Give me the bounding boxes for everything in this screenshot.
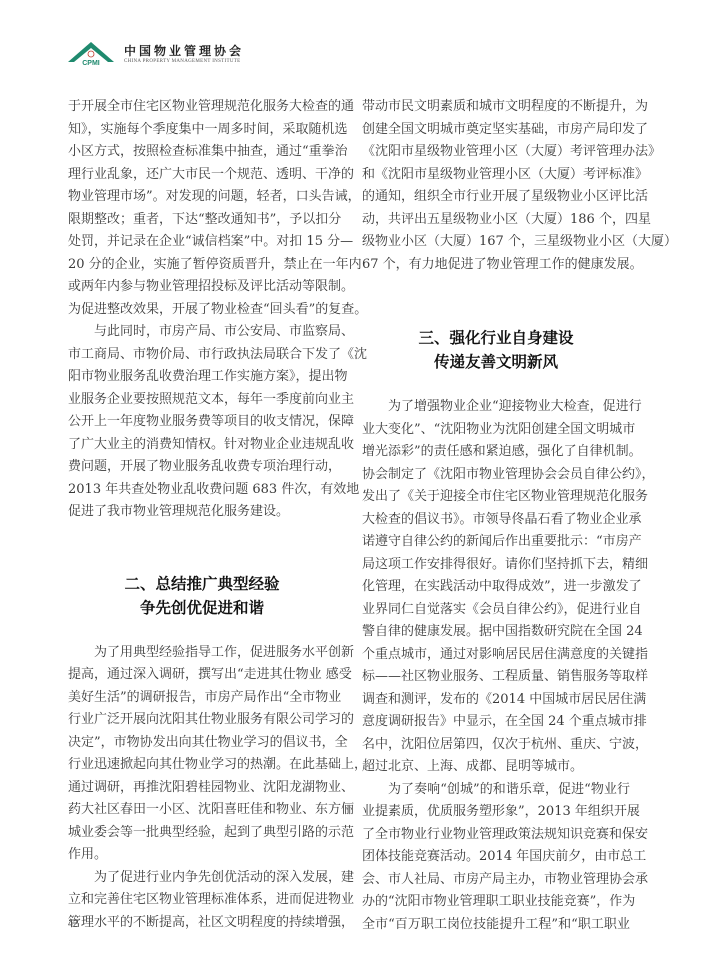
text-line: 带动市民文明素质和城市文明程度的不断提升，为 — [362, 96, 630, 119]
text-line: 的通知，组织全市行业开展了星级物业小区评比活 — [362, 186, 630, 209]
text-line: 决定”，市物协发出向其仕物业学习的倡议书，全 — [68, 732, 336, 755]
text-line: 为了增强物业企业“迎接物业大检查，促进行 — [362, 396, 630, 419]
text-line: 化管理，在实践活动中取得成效”，进一步激发了 — [362, 576, 630, 599]
text-line: 意度调研报告》中显示，在全国 24 个重点城市排 — [362, 711, 630, 734]
text-line: 了广大业主的消费知情权。针对物业企业违规乱收 — [68, 434, 336, 457]
text-line: 超过北京、上海、成都、昆明等城市。 — [362, 756, 630, 779]
svg-text:CPMI: CPMI — [82, 60, 100, 66]
text-line: 或两年内参与物业管理招投标及评比活动等限制。 — [68, 276, 336, 299]
heading-line: 争先创优促进和谐 — [68, 596, 336, 620]
text-line: 公开上一年度物业服务费等项目的收支情况，保障 — [68, 411, 336, 434]
text-line: 促进了我市物业管理规范化服务建设。 — [68, 501, 336, 524]
text-line: 与此同时，市房产局、市公安局、市监察局、 — [68, 321, 336, 344]
paragraph-inspection: 于开展全市住宅区物业管理规范化服务大检查的通 知》，实施每个季度集中一周多时间，… — [68, 96, 336, 321]
text-line: 全市“百万职工岗位技能提升工程”和“职工职业 — [362, 914, 630, 937]
text-line: 物业管理市场”。对发现的问题，轻者，口头告诫， — [68, 186, 336, 209]
text-line: 会、市人社局、市房产局主办，市物业管理协会承 — [362, 869, 630, 892]
left-column: 于开展全市住宅区物业管理规范化服务大检查的通 知》，实施每个季度集中一周多时间，… — [68, 96, 336, 934]
text-line: 为了促进行业内争先创优活动的深入发展，建 — [68, 867, 336, 890]
page-number: 42 — [68, 918, 78, 930]
text-line: 作用。 — [68, 844, 336, 867]
text-line: 药大社区春田一小区、沈阳喜旺佳和物业、东方俪 — [68, 799, 336, 822]
text-line: 知》，实施每个季度集中一周多时间，采取随机选 — [68, 119, 336, 142]
text-line: 立和完善住宅区物业管理标准体系，进而促进物业 — [68, 889, 336, 912]
right-column: 带动市民文明素质和城市文明程度的不断提升，为 创建全国文明城市奠定坚实基础，市房… — [362, 96, 630, 936]
text-line: 团体技能竞赛活动。2014 年国庆前夕，由市总工 — [362, 846, 630, 869]
text-line: 协会制定了《沈阳市物业管理协会会员自律公约》， — [362, 464, 630, 487]
text-line: 提高，通过深入调研，撰写出“走进其仕物业 感受 — [68, 664, 336, 687]
text-line: 限期整改；重者，下达“整改通知书”，予以扣分 — [68, 209, 336, 232]
heading-line: 二、总结推广典型经验 — [68, 572, 336, 596]
paragraph-fee-governance: 与此同时，市房产局、市公安局、市监察局、 市工商局、市物价局、市行政执法局联合下… — [68, 321, 336, 524]
text-line: 管理水平的不断提高，社区文明程度的持续增强， — [68, 912, 336, 935]
text-line: 行业迅速掀起向其仕物业学习的热潮。在此基础上， — [68, 754, 336, 777]
text-line: 城业委会等一批典型经验，起到了典型引路的示范 — [68, 822, 336, 845]
section-2-heading: 二、总结推广典型经验 争先创优促进和谐 — [68, 572, 336, 620]
org-name-cn: 中国物业管理协会 — [124, 44, 244, 58]
text-line: 业提素质，优质服务塑形象”，2013 年组织开展 — [362, 801, 630, 824]
text-line: 级物业小区（大厦）167 个，三星级物业小区（大厦） — [362, 231, 630, 254]
text-line: 为了奏响“创城”的和谐乐章，促进“物业行 — [362, 779, 630, 802]
text-line: 业服务企业要按照规范文本，每年一季度前向业主 — [68, 389, 336, 412]
text-line: 《沈阳市星级物业管理小区（大厦）考评管理办法》 — [362, 141, 630, 164]
section-3-heading: 三、强化行业自身建设 传递友善文明新风 — [362, 326, 630, 374]
text-line: 发出了《关于迎接全市住宅区物业管理规范化服务 — [362, 486, 630, 509]
text-line: 市工商局、市物价局、市行政执法局联合下发了《沈 — [68, 344, 336, 367]
text-line: 为促进整改效果，开展了物业检查“回头看”的复查。 — [68, 299, 336, 322]
text-line: 了全市物业行业物业管理政策法规知识竞赛和保安 — [362, 824, 630, 847]
text-line: 调查和测评，发布的《2014 中国城市居民居住满 — [362, 689, 630, 712]
text-line: 阳市物业服务乱收费治理工作实施方案》，提出物 — [68, 366, 336, 389]
text-line: 标——社区物业服务、工程质量、销售服务等取样 — [362, 666, 630, 689]
text-line: 小区方式，按照检查标准集中抽查，通过“重拳治 — [68, 141, 336, 164]
text-line: 大检查的倡议书》。市领导佟晶石看了物业企业承 — [362, 509, 630, 532]
text-line: 业界同仁自觉落实《会员自律公约》，促进行业自 — [362, 599, 630, 622]
paragraph-standards: 为了促进行业内争先创优活动的深入发展，建 立和完善住宅区物业管理标准体系，进而促… — [68, 867, 336, 935]
text-line: 局这项工作安排得很好。请你们坚持抓下去，精细 — [362, 554, 630, 577]
text-line: 名中，沈阳位居第四，仅次于杭州、重庆、宁波， — [362, 734, 630, 757]
paragraph-star-rating: 带动市民文明素质和城市文明程度的不断提升，为 创建全国文明城市奠定坚实基础，市房… — [362, 96, 630, 276]
text-line: 动，共评出五星级物业小区（大厦）186 个，四星 — [362, 209, 630, 232]
text-line: 诺遵守自律公约的新闻后作出重要批示：“市房产 — [362, 531, 630, 554]
paragraph-typical-experience: 为了用典型经验指导工作，促进服务水平创新 提高，通过深入调研，撰写出“走进其仕物… — [68, 642, 336, 867]
text-line: 警自律的健康发展。据中国指数研究院在全国 24 — [362, 621, 630, 644]
text-line: 办的“沈阳市物业管理职工职业技能竞赛”，作为 — [362, 891, 630, 914]
text-line: 于开展全市住宅区物业管理规范化服务大检查的通 — [68, 96, 336, 119]
text-line: 20 分的企业，实施了暂停资质晋升，禁止在一年内 — [68, 254, 336, 277]
text-line: 通过调研，再推沈阳碧桂园物业、沈阳龙湖物业、 — [68, 777, 336, 800]
text-line: 2013 年共查处物业乱收费问题 683 件次，有效地 — [68, 479, 336, 502]
text-line: 业大变化”、“沈阳物业为沈阳创建全国文明城市 — [362, 419, 630, 442]
text-line: 增光添彩”的责任感和紧迫感，强化了自律机制。 — [362, 441, 630, 464]
text-line: 和《沈阳市星级物业管理小区（大厦）考评标准》 — [362, 164, 630, 187]
cpmi-logo-icon: CPMI — [68, 40, 114, 66]
text-line: 个重点城市，通过对影响居民居住满意度的关键指 — [362, 644, 630, 667]
text-line: 为了用典型经验指导工作，促进服务水平创新 — [68, 642, 336, 665]
text-line: 67 个，有力地促进了物业管理工作的健康发展。 — [362, 254, 630, 277]
paragraph-skills-competition: 为了奏响“创城”的和谐乐章，促进“物业行 业提素质，优质服务塑形象”，2013 … — [362, 779, 630, 937]
heading-line: 传递友善文明新风 — [362, 350, 630, 374]
text-line: 理行业乱象，还广大市民一个规范、透明、干净的 — [68, 164, 336, 187]
text-line: 行业广泛开展向沈阳其仕物业服务有限公司学习的 — [68, 709, 336, 732]
text-line: 美好生活”的调研报告，市房产局作出“全市物业 — [68, 687, 336, 710]
publication-header: CPMI 中国物业管理协会 CHINA PROPERTY MANAGEMENT … — [68, 40, 244, 66]
paragraph-self-discipline: 为了增强物业企业“迎接物业大检查，促进行 业大变化”、“沈阳物业为沈阳创建全国文… — [362, 396, 630, 779]
heading-line: 三、强化行业自身建设 — [362, 326, 630, 350]
text-line: 处罚，并记录在企业“诚信档案”中。对扣 15 分— — [68, 231, 336, 254]
org-name-en: CHINA PROPERTY MANAGEMENT INSTITUTE — [124, 58, 244, 66]
text-line: 创建全国文明城市奠定坚实基础，市房产局印发了 — [362, 119, 630, 142]
text-line: 费问题，开展了物业服务乱收费专项治理行动， — [68, 456, 336, 479]
